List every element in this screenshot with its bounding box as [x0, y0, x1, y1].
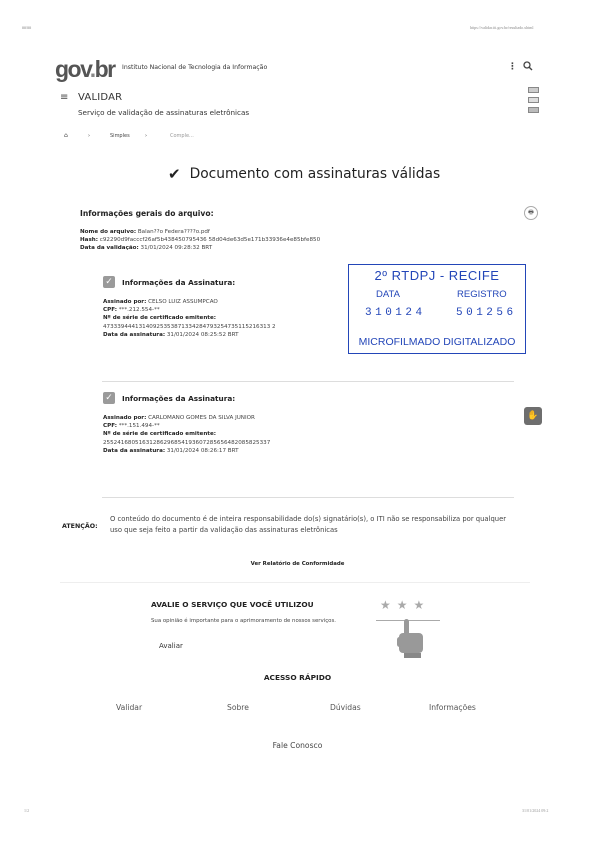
signature-card: ✓Informações da Assinatura: Assinado por…: [103, 392, 270, 455]
signature-title: Informações da Assinatura:: [122, 394, 235, 403]
divider: [102, 497, 514, 498]
print-footer-date: 31/01/2024 09:2: [522, 808, 548, 813]
rating-subtitle: Sua opinião é importante para o aprimora…: [151, 618, 336, 624]
serial-value: 4733394441314092535387133428479325473511…: [103, 324, 276, 330]
quick-access-title: ACESSO RÁPIDO: [0, 673, 595, 682]
home-icon[interactable]: ⌂: [64, 132, 68, 139]
stamp-data-value: 310124: [365, 307, 426, 319]
signer-label: Assinado por:: [103, 415, 146, 421]
signer-name: CELSO LUIZ ASSUMPCAO: [148, 299, 218, 305]
hash-value: c92290d9facccf26af5b438450795436 58d04de…: [100, 237, 320, 243]
page-title: VALIDAR: [78, 92, 122, 103]
stamp-registro-label: REGISTRO: [457, 289, 507, 300]
breadcrumb-simples[interactable]: Simples: [110, 133, 130, 139]
rating-title: AVALIE O SERVIÇO QUE VOCÊ UTILIZOU: [151, 600, 314, 609]
result-title: Documento com assinaturas válidas: [190, 166, 441, 182]
star-rating-icon: ★★★: [380, 598, 430, 612]
print-icon[interactable]: 🖶: [524, 206, 538, 220]
cpf-label: CPF:: [103, 307, 117, 313]
flag-uk-icon[interactable]: [528, 107, 539, 113]
breadcrumb-current: Comple...: [170, 133, 194, 139]
print-header-url: https://validar.iti.gov.br/resultado.xht…: [470, 25, 534, 30]
serial-value: 2552416805163128629685419360728565648208…: [103, 440, 270, 446]
kebab-menu-icon[interactable]: ⋮: [508, 62, 517, 72]
stamp-title: 2º RTDPJ - RECIFE: [349, 268, 525, 283]
validation-date-value: 31/01/2024 09:28:32 BRT: [141, 245, 213, 251]
file-name-label: Nome do arquivo:: [80, 229, 136, 235]
flag-spain-icon[interactable]: [528, 97, 539, 103]
checkbox-icon[interactable]: ✓: [103, 392, 115, 404]
signature-date-value: 31/01/2024 08:26:17 BRT: [167, 448, 239, 454]
stamp-registro-value: 501256: [456, 307, 517, 319]
stamp-footer: MICROFILMADO DIGITALIZADO: [349, 336, 525, 348]
signer-label: Assinado por:: [103, 299, 146, 305]
search-icon[interactable]: [523, 61, 533, 71]
attention-text: O conteúdo do documento é de inteira res…: [110, 514, 510, 536]
quick-link-validar[interactable]: Validar: [116, 703, 142, 712]
logo-br: br: [95, 56, 115, 82]
stamp-data-label: DATA: [376, 289, 400, 300]
validation-result: ✔ Documento com assinaturas válidas: [168, 165, 440, 183]
signature-date-label: Data da assinatura:: [103, 332, 165, 338]
rate-button[interactable]: Avaliar: [159, 642, 183, 650]
registry-stamp: 2º RTDPJ - RECIFE DATA REGISTRO 310124 5…: [348, 264, 526, 354]
institution-name: Instituto Nacional de Tecnologia da Info…: [122, 64, 267, 71]
pointing-hand-icon: [396, 617, 426, 659]
file-name-value: Balan??o Federa????o.pdf: [138, 229, 210, 235]
serial-label: Nº de série de certificado emitente:: [103, 315, 216, 321]
divider: [102, 381, 514, 382]
flag-brazil-icon[interactable]: [528, 87, 539, 93]
signature-date-label: Data da assinatura:: [103, 448, 165, 454]
logo-gov: gov: [55, 56, 90, 82]
breadcrumb-separator: ›: [145, 133, 147, 139]
page-subtitle: Serviço de validação de assinaturas elet…: [78, 108, 249, 117]
serial-label: Nº de série de certificado emitente:: [103, 431, 216, 437]
hash-label: Hash:: [80, 237, 98, 243]
validation-date-label: Data da validação:: [80, 245, 139, 251]
breadcrumb-separator: ›: [88, 133, 90, 139]
quick-link-sobre[interactable]: Sobre: [227, 703, 249, 712]
file-info-title: Informações gerais do arquivo:: [80, 209, 214, 218]
attention-label: ATENÇÃO:: [62, 523, 98, 530]
check-icon: ✔: [168, 165, 181, 183]
contact-link[interactable]: Fale Conosco: [0, 741, 595, 750]
signature-card: ✓Informações da Assinatura: Assinado por…: [103, 276, 276, 339]
govbr-logo[interactable]: gov.br: [55, 58, 115, 81]
conformity-report-link[interactable]: Ver Relatório de Conformidade: [0, 561, 595, 567]
divider: [60, 582, 530, 583]
quick-link-duvidas[interactable]: Dúvidas: [330, 703, 361, 712]
signature-date-value: 31/01/2024 08:25:52 BRT: [167, 332, 239, 338]
accessibility-hands-icon[interactable]: ✋: [524, 407, 542, 425]
signer-name: CARLOMANO GOMES DA SILVA JUNIOR: [148, 415, 255, 421]
cpf-value: ***.212.554-**: [119, 307, 160, 313]
hamburger-menu-icon[interactable]: ≡: [60, 92, 68, 103]
file-info: Nome do arquivo: Balan??o Federa????o.pd…: [80, 228, 320, 253]
print-header-left: ##/##: [22, 25, 31, 30]
quick-link-informacoes[interactable]: Informações: [429, 703, 476, 712]
cpf-value: ***.151.494-**: [119, 423, 160, 429]
print-footer-page: 1/2: [24, 808, 29, 813]
checkbox-icon[interactable]: ✓: [103, 276, 115, 288]
cpf-label: CPF:: [103, 423, 117, 429]
signature-title: Informações da Assinatura:: [122, 278, 235, 287]
